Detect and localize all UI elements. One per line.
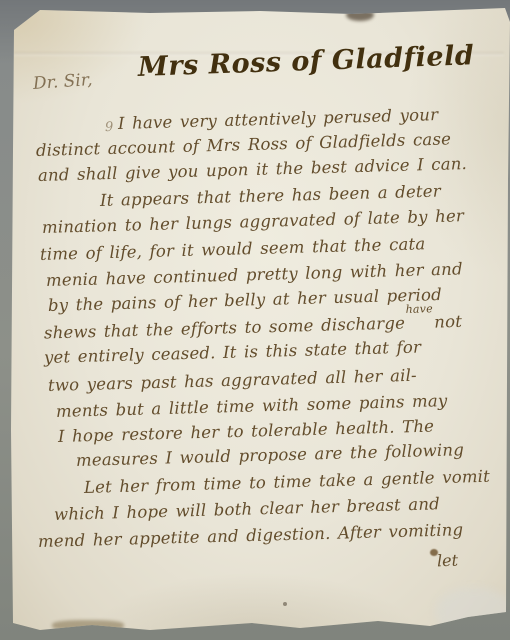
letter-text: Dr. Sir, Mrs Ross of Gladfield 9 I have … [0,0,510,640]
paragraph-mark: 9 [105,120,114,135]
letter-line: It appears that there has been a deter [100,181,441,210]
letter-line: ments but a little time with some pains … [56,391,448,421]
letter-line: measures I would propose are the followi… [76,440,465,470]
letter-line: which I hope will both clear her breast … [54,494,440,524]
letter-line: Let her from time to time take a gentle … [84,467,490,497]
letter-line: two years past has aggravated all her ai… [48,366,417,395]
letter-line: and shall give you upon it the best advi… [38,154,468,185]
catchword: let [437,551,459,571]
letter-line: yet entirely ceased. It is this state th… [44,337,422,367]
photograph-background: Dr. Sir, Mrs Ross of Gladfield 9 I have … [0,0,510,640]
letter-line: time of life, for it would seem that the… [40,234,426,264]
line-text-after-insert: not [434,312,462,332]
interlinear-insertion: have [405,302,433,316]
letter-line: mend her appetite and digestion. After v… [38,520,464,551]
manuscript-page: Dr. Sir, Mrs Ross of Gladfield 9 I have … [0,0,510,640]
salutation: Dr. Sir, [32,70,93,94]
letter-line: by the pains of her belly at her usual p… [48,285,442,315]
letter-line: I have very attentively perused your [118,105,439,133]
line-text-before-insert: shews that the efforts to some discharge [44,313,406,342]
letter-line: mination to her lungs aggravated of late… [42,206,465,237]
letter-title: Mrs Ross of Gladfield [137,40,474,83]
